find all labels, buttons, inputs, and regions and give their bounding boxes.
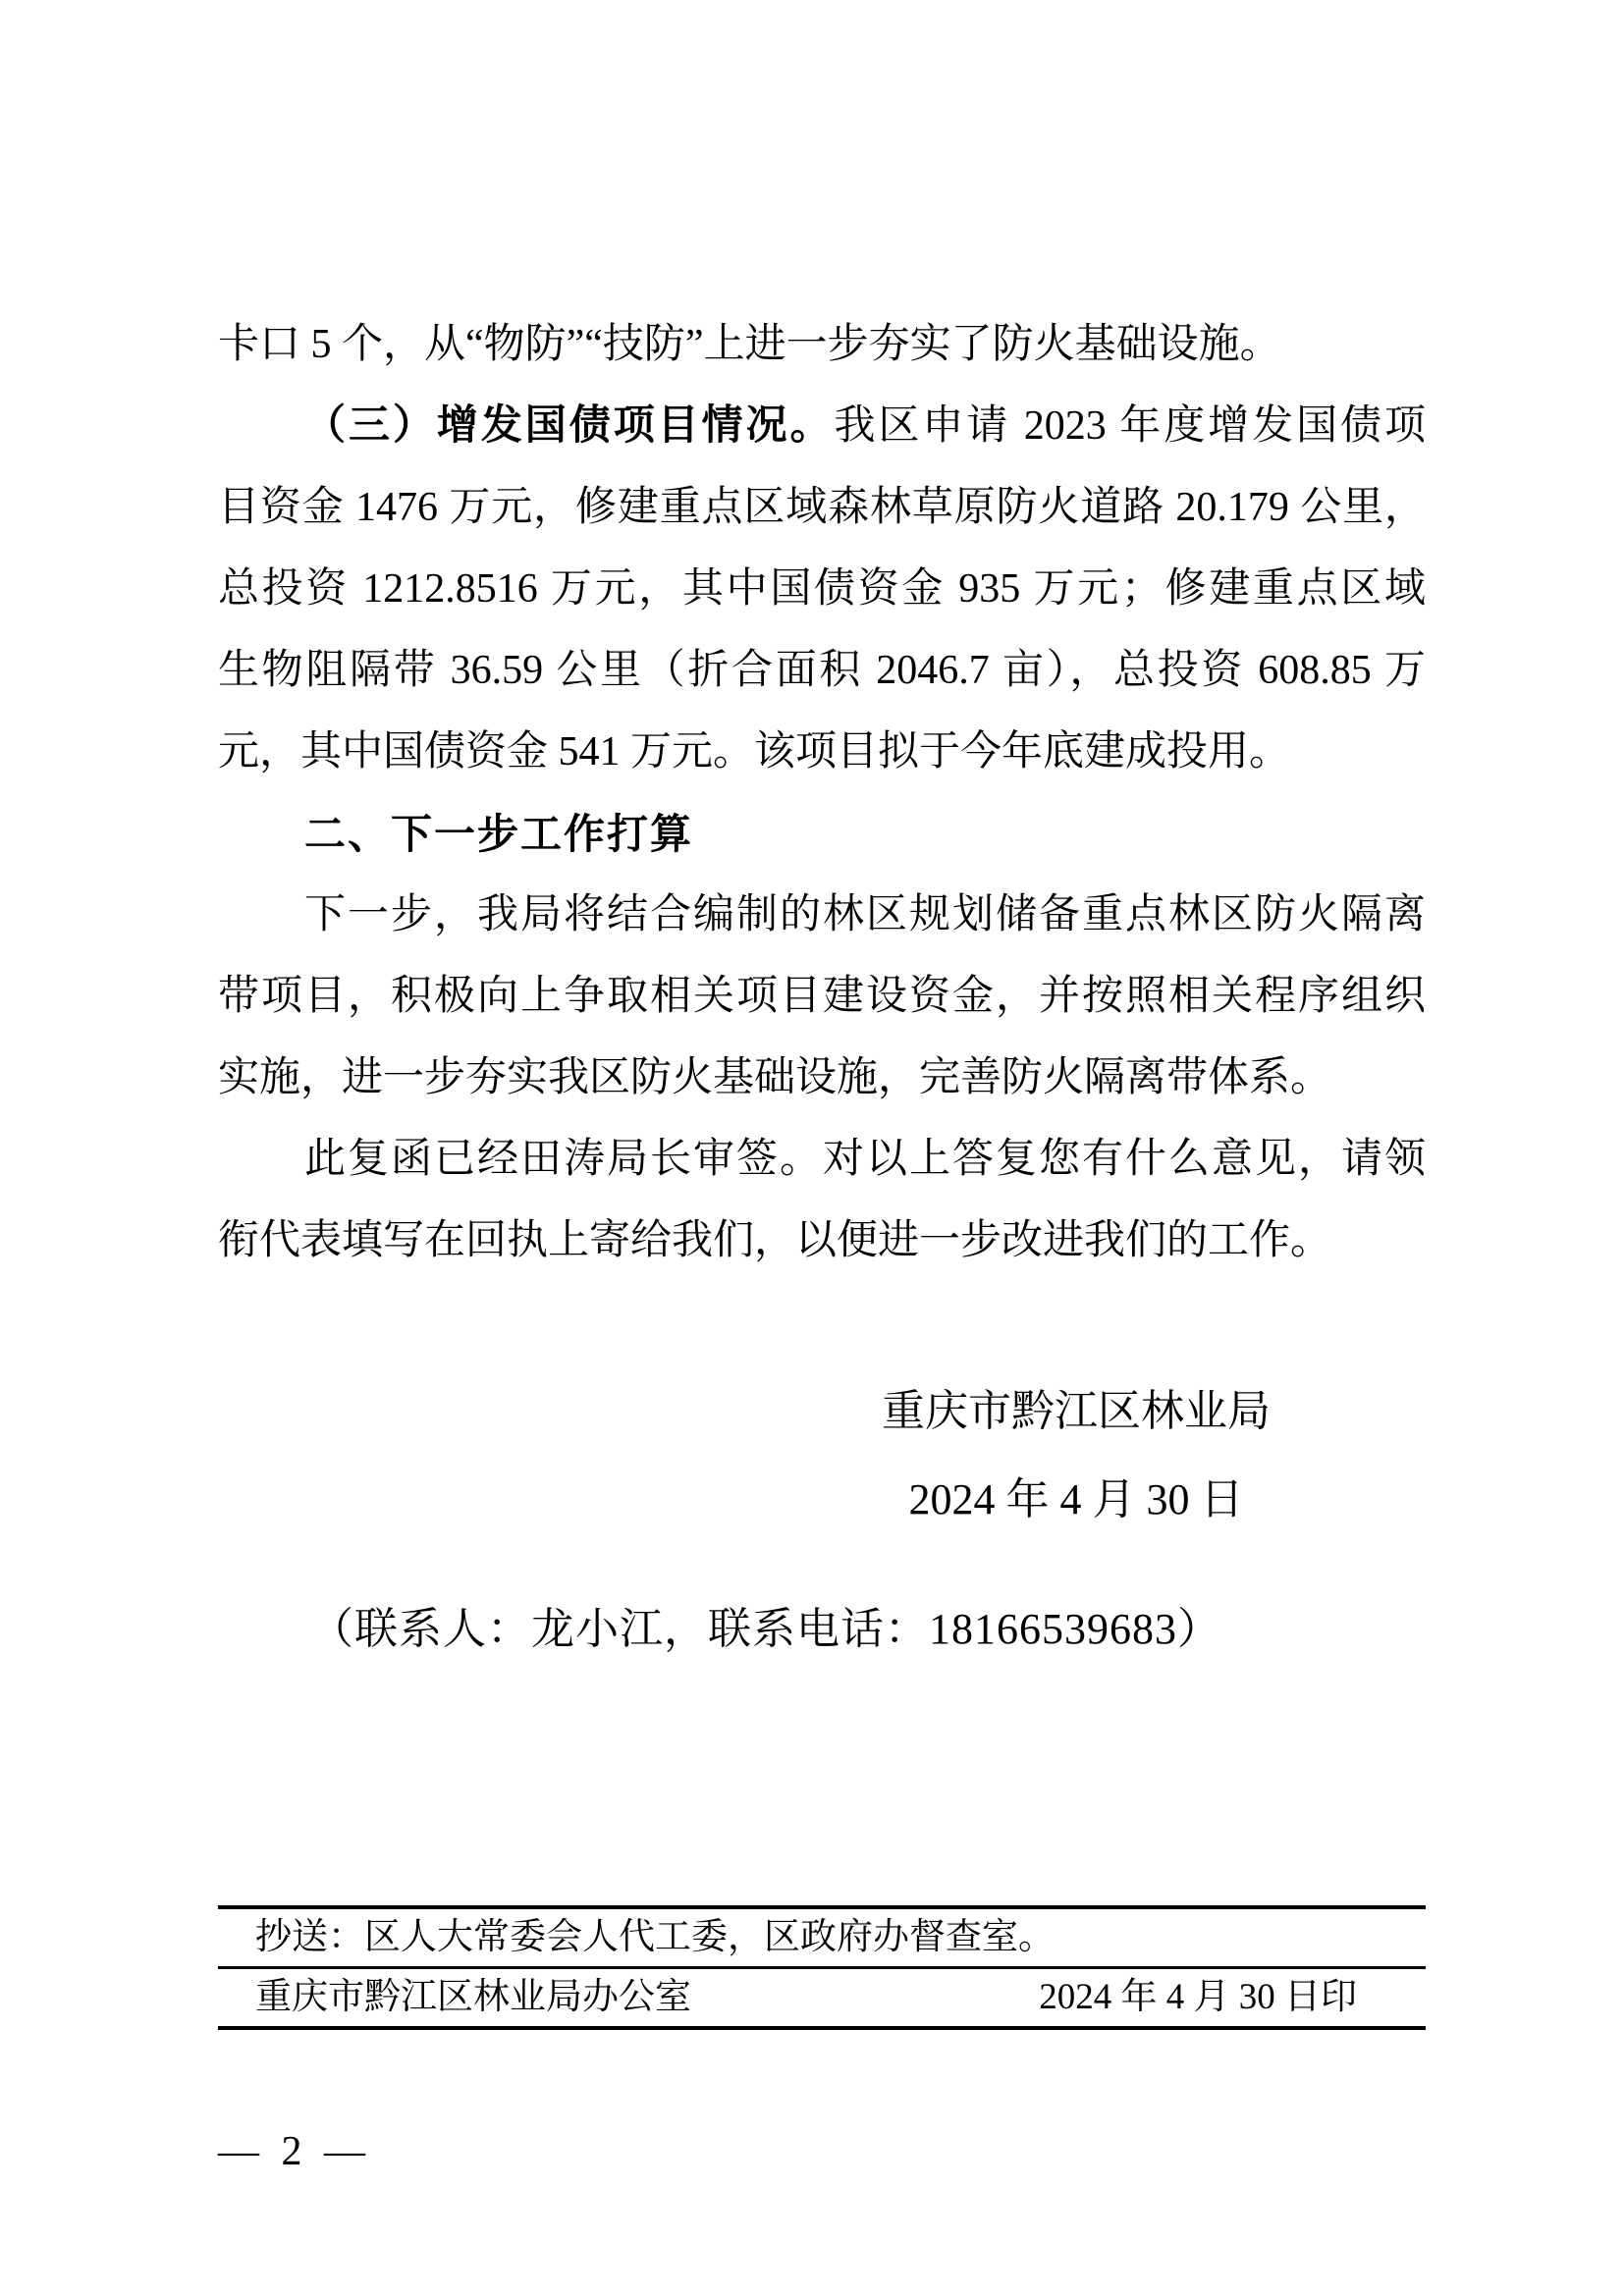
body-line: 生物阻隔带 36.59 公里（折合面积 2046.7 亩），总投资 608.85…: [218, 630, 1426, 712]
print-date: 2024 年 4 月 30 日印: [1039, 1978, 1357, 2017]
body-line: 下一步，我局将结合编制的林区规划储备重点林区防火隔离: [218, 875, 1426, 956]
issuer-row: 重庆市黔江区林业局办公室 2024 年 4 月 30 日印: [218, 1969, 1426, 2026]
body-line: 总投资 1212.8516 万元，其中国债资金 935 万元；修建重点区域: [218, 549, 1426, 630]
page-number: — 2 —: [218, 2128, 371, 2175]
body-line-text: 我区申请 2023 年度增发国债项: [835, 403, 1427, 449]
subheading-lead: （三）增发国债项目情况。: [304, 403, 835, 449]
cc-line: 抄送：区人大常委会人代工委，区政府办督查室。: [218, 1909, 1426, 1966]
body-line: 带项目，积极向上争取相关项目建设资金，并按照相关程序组织: [218, 956, 1426, 1038]
signature-org: 重庆市黔江区林业局: [877, 1367, 1275, 1456]
body-line: 此复函已经田涛局长审签。对以上答复您有什么意见，请领: [218, 1119, 1426, 1201]
body-line: 实施，进一步夯实我区防火基础设施，完善防火隔离带体系。: [218, 1038, 1426, 1119]
signature-date: 2024 年 4 月 30 日: [877, 1456, 1275, 1544]
body-line: 卡口 5 个，从“物防”“技防”上进一步夯实了防火基础设施。: [218, 304, 1426, 386]
footer-block: 抄送：区人大常委会人代工委，区政府办督查室。 重庆市黔江区林业局办公室 2024…: [218, 1905, 1426, 2030]
contact-line: （联系人：龙小江，联系电话：18166539683）: [310, 1600, 1221, 1659]
body-line-subheading: （三）增发国债项目情况。我区申请 2023 年度增发国债项: [218, 386, 1426, 467]
signature-block: 重庆市黔江区林业局 2024 年 4 月 30 日: [877, 1367, 1275, 1544]
document-body: 卡口 5 个，从“物防”“技防”上进一步夯实了防火基础设施。 （三）增发国债项目…: [218, 304, 1426, 1282]
document-page: 卡口 5 个，从“物防”“技防”上进一步夯实了防火基础设施。 （三）增发国债项目…: [0, 0, 1624, 2296]
section-heading: 二、下一步工作打算: [218, 793, 1426, 875]
body-line: 衔代表填写在回执上寄给我们，以便进一步改进我们的工作。: [218, 1201, 1426, 1282]
footer-rule-bottom: [218, 2026, 1426, 2030]
body-line: 目资金 1476 万元，修建重点区域森林草原防火道路 20.179 公里，: [218, 467, 1426, 549]
body-line: 元，其中国债资金 541 万元。该项目拟于今年底建成投用。: [218, 712, 1426, 793]
issuer-name: 重庆市黔江区林业局办公室: [255, 1978, 691, 2017]
